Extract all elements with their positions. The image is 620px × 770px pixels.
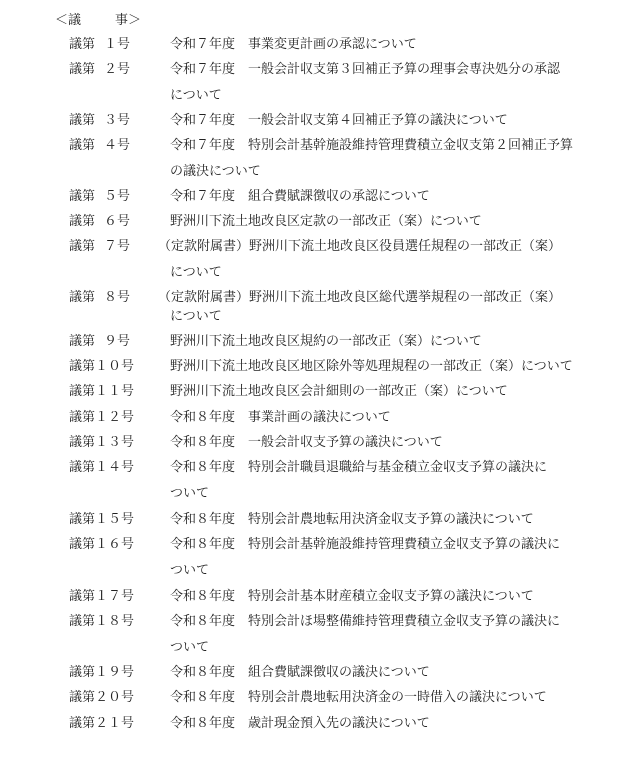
item-title: 令和８年度特別会計基幹施設維持管理費積立金収支予算の議決に: [170, 536, 560, 554]
item-title: 令和８年度特別会計基本財産積立金収支予算の議決について: [170, 588, 534, 606]
item-number: 議第１５号: [69, 511, 134, 529]
item-title: 令和８年度組合費賦課徴収の議決について: [170, 664, 430, 682]
item-number: 議第５号: [69, 188, 130, 206]
item-number: 議第７号: [69, 238, 130, 256]
item-number: 議第１号: [69, 36, 130, 54]
item-number: 議第２１号: [69, 715, 134, 733]
item-title: 野洲川下流土地改良区規約の一部改正（案）について: [170, 333, 482, 351]
item-title: 令和７年度事業変更計画の承認について: [170, 36, 417, 54]
item-number: 議第１４号: [69, 459, 134, 477]
item-number: 議第１６号: [69, 536, 134, 554]
item-number: 議第１９号: [69, 664, 134, 682]
heading-right: 事＞: [115, 13, 141, 28]
item-title: 令和８年度歳計現金預入先の議決について: [170, 715, 430, 733]
item-number: 議第１７号: [69, 588, 134, 606]
item-title: 野洲川下流土地改良区会計細則の一部改正（案）について: [170, 383, 508, 401]
item-title: 令和７年度組合費賦課徴収の承認について: [170, 188, 430, 206]
item-title: 令和８年度一般会計収支予算の議決について: [170, 434, 443, 452]
item-number: 議第１３号: [69, 434, 134, 452]
item-title: 野洲川下流土地改良区定款の一部改正（案）について: [170, 213, 482, 231]
item-number: 議第８号: [69, 289, 130, 307]
item-number: 議第９号: [69, 333, 130, 351]
item-title-cont: ついて: [170, 562, 209, 580]
item-title-cont: の議決について: [170, 163, 261, 181]
item-title: （定款附属書）野洲川下流土地改良区総代選挙規程の一部改正（案）: [158, 289, 561, 307]
item-title: 令和７年度一般会計収支第４回補正予算の議決について: [170, 112, 508, 130]
item-title: 令和８年度特別会計農地転用決済金収支予算の議決について: [170, 511, 534, 529]
item-title: 令和８年度事業計画の議決について: [170, 409, 391, 427]
item-number: 議第６号: [69, 213, 130, 231]
item-title-cont: について: [170, 264, 222, 282]
heading-left: ＜議: [55, 13, 81, 28]
item-number: 議第２号: [69, 61, 130, 79]
section-heading: ＜議事＞: [55, 9, 141, 28]
item-number: 議第４号: [69, 137, 130, 155]
item-title: 令和８年度特別会計ほ場整備維持管理費積立金収支予算の議決に: [170, 613, 560, 631]
item-number: 議第１１号: [69, 383, 134, 401]
item-title-cont: ついて: [170, 485, 209, 503]
item-number: 議第１２号: [69, 409, 134, 427]
item-title: 野洲川下流土地改良区地区除外等処理規程の一部改正（案）について: [170, 358, 573, 376]
item-number: 議第１０号: [69, 358, 134, 376]
item-title-cont: について: [170, 87, 222, 105]
item-number: 議第１８号: [69, 613, 134, 631]
item-title: 令和７年度特別会計基幹施設維持管理費積立金収支第２回補正予算: [170, 137, 573, 155]
item-title: 令和７年度一般会計収支第３回補正予算の理事会専決処分の承認: [170, 61, 560, 79]
item-title: 令和８年度特別会計職員退職給与基金積立金収支予算の議決に: [170, 459, 547, 477]
item-number: 議第２０号: [69, 689, 134, 707]
item-title: 令和８年度特別会計農地転用決済金の一時借入の議決について: [170, 689, 547, 707]
item-title-cont: ついて: [170, 639, 209, 657]
item-title: （定款附属書）野洲川下流土地改良区役員選任規程の一部改正（案）: [158, 238, 561, 256]
item-number: 議第３号: [69, 112, 130, 130]
item-title-cont: について: [170, 308, 222, 326]
